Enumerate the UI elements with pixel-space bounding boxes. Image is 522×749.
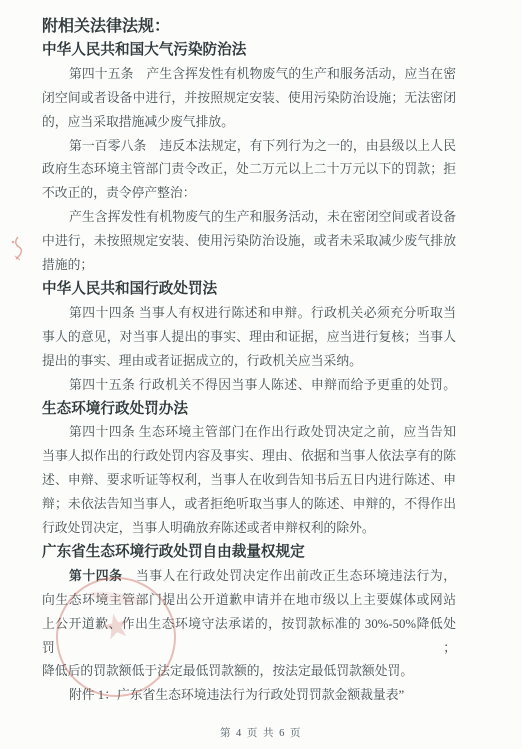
- law-heading: 广东省生态环境行政处罚自由裁量权规定: [42, 541, 456, 565]
- document-line: 附件 1：广东省生态环境违法行为行政处罚罚款金额裁量表”: [42, 684, 456, 708]
- red-pen-dot: [12, 241, 15, 244]
- document-line: 提出的事实、理由或者证据成立的，行政机关应当采纳。: [42, 350, 456, 374]
- document-line: 事人的意见，对当事人提出的事实、理由和证据，应当进行复核；当事人: [42, 326, 456, 350]
- document-line: 向生态环境主管部门提出公开道歉申请并在地市级以上主要媒体或网站: [42, 589, 456, 613]
- document-line: 产生含挥发性有机物废气的生产和服务活动，未在密闭空间或者设备: [42, 206, 456, 230]
- law-heading: 生态环境行政处罚办法: [42, 398, 456, 422]
- document-line: 措施的；: [42, 254, 456, 278]
- red-pen-mark: [6, 234, 30, 268]
- document-title: 附相关法律法规：: [42, 15, 456, 39]
- document-body: 附相关法律法规：中华人民共和国大气污染防治法第四十五条 产生含挥发性有机物废气的…: [42, 15, 456, 708]
- document-line: 第一百零八条 违反本法规定，有下列行为之一的，由县级以上人民: [42, 135, 456, 159]
- law-heading: 中华人民共和国行政处罚法: [42, 278, 456, 302]
- document-line: 闭空间或者设备中进行，并按照规定安装、使用污染防治设施；无法密闭: [42, 87, 456, 111]
- document-page: 附相关法律法规：中华人民共和国大气污染防治法第四十五条 产生含挥发性有机物废气的…: [0, 0, 522, 749]
- document-line: 不改正的，责令停产整治：: [42, 182, 456, 206]
- document-line: 行政处罚决定，当事人明确放弃陈述或者申辩权利的除外。: [42, 517, 456, 541]
- document-line: 述、申辩、要求听证等权利，当事人在收到告知书后五日内进行陈述、申: [42, 469, 456, 493]
- page-footer: 第 4 页 共 6 页: [0, 725, 522, 740]
- document-line: 当事人拟作出的行政处罚内容及事实、理由、依据和当事人依法享有的陈: [42, 445, 456, 469]
- document-line: 第十四条 当事人在行政处罚决定作出前改正生态环境违法行为，: [42, 565, 456, 589]
- document-line: 政府生态环境主管部门责令改正，处二万元以上二十万元以下的罚款；拒: [42, 158, 456, 182]
- document-line: 辩；未依法告知当事人，或者拒绝听取当事人的陈述、申辩的，不得作出: [42, 493, 456, 517]
- document-line: 第四十五条 产生含挥发性有机物废气的生产和服务活动，应当在密: [42, 63, 456, 87]
- document-line: 的，应当采取措施减少废气排放。: [42, 111, 456, 135]
- document-line: 第四十四条 生态环境主管部门在作出行政处罚决定之前，应当告知: [42, 421, 456, 445]
- red-pen-stroke-2: [15, 256, 20, 260]
- red-pen-stroke: [16, 237, 22, 259]
- article-number: 第十四条: [69, 569, 122, 583]
- document-line: 第四十四条 当事人有权进行陈述和申辩。行政机关必须充分听取当: [42, 302, 456, 326]
- document-line: 降低后的罚款额低于法定最低罚款额的，按法定最低罚款额处罚。: [42, 660, 456, 684]
- law-heading: 中华人民共和国大气污染防治法: [42, 39, 456, 63]
- document-line: 第四十五条 行政机关不得因当事人陈述、申辩而给予更重的处罚。: [42, 374, 456, 398]
- document-line: 中进行，未按照规定安装、使用污染防治设施，或者未采取减少废气排放: [42, 230, 456, 254]
- document-line: 上公开道歉、作出生态环境守法承诺的，按罚款标准的 30%-50%降低处罚；: [42, 613, 456, 661]
